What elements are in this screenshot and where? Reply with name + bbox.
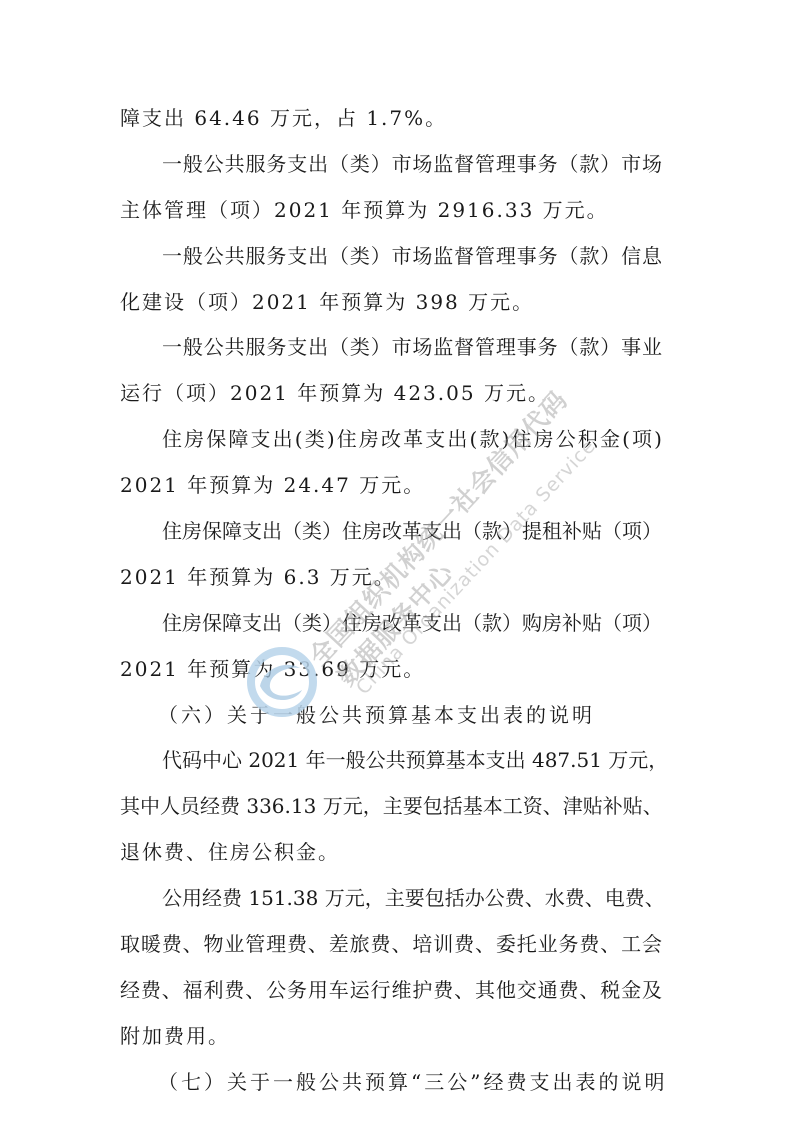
section-heading-six: （六）关于一般公共预算基本支出表的说明 — [120, 693, 662, 739]
text-line: 2021 年预算为 24.47 万元。 — [120, 463, 662, 509]
text-line: 2021 年预算为 33.69 万元。 — [120, 647, 662, 693]
text-line: 运行（项）2021 年预算为 423.05 万元。 — [120, 371, 662, 417]
text-line: 障支出 64.46 万元，占 1.7%。 — [120, 96, 662, 142]
text-line: 住房保障支出(类)住房改革支出(款)住房公积金(项) — [120, 417, 662, 463]
text-line: 一般公共服务支出（类）市场监督管理事务（款）事业 — [120, 325, 662, 371]
text-line: 住房保障支出（类）住房改革支出（款）提租补贴（项） — [120, 509, 662, 555]
text-line: 经费、福利费、公务用车运行维护费、其他交通费、税金及 — [120, 968, 662, 1014]
text-line: 取暖费、物业管理费、差旅费、培训费、委托业务费、工会 — [120, 922, 662, 968]
text-line: 公用经费 151.38 万元，主要包括办公费、水费、电费、 — [120, 876, 662, 922]
document-page: 障支出 64.46 万元，占 1.7%。 一般公共服务支出（类）市场监督管理事务… — [0, 0, 794, 1123]
text-line: 代码中心 2021 年一般公共预算基本支出 487.51 万元， — [120, 738, 662, 784]
text-line: 附加费用。 — [120, 1014, 662, 1060]
section-heading-seven: （七）关于一般公共预算“三公”经费支出表的说明 — [120, 1060, 662, 1106]
text-line: 其中人员经费 336.13 万元，主要包括基本工资、津贴补贴、 — [120, 784, 662, 830]
text-line: 一般公共服务支出（类）市场监督管理事务（款）信息 — [120, 234, 662, 280]
text-line: 主体管理（项）2021 年预算为 2916.33 万元。 — [120, 188, 662, 234]
text-line: 化建设（项）2021 年预算为 398 万元。 — [120, 280, 662, 326]
text-line: 2021 年预算为 6.3 万元。 — [120, 555, 662, 601]
document-body: 障支出 64.46 万元，占 1.7%。 一般公共服务支出（类）市场监督管理事务… — [120, 96, 662, 1106]
text-line: 退休费、住房公积金。 — [120, 830, 662, 876]
text-line: 住房保障支出（类）住房改革支出（款）购房补贴（项） — [120, 601, 662, 647]
text-line: 一般公共服务支出（类）市场监督管理事务（款）市场 — [120, 142, 662, 188]
